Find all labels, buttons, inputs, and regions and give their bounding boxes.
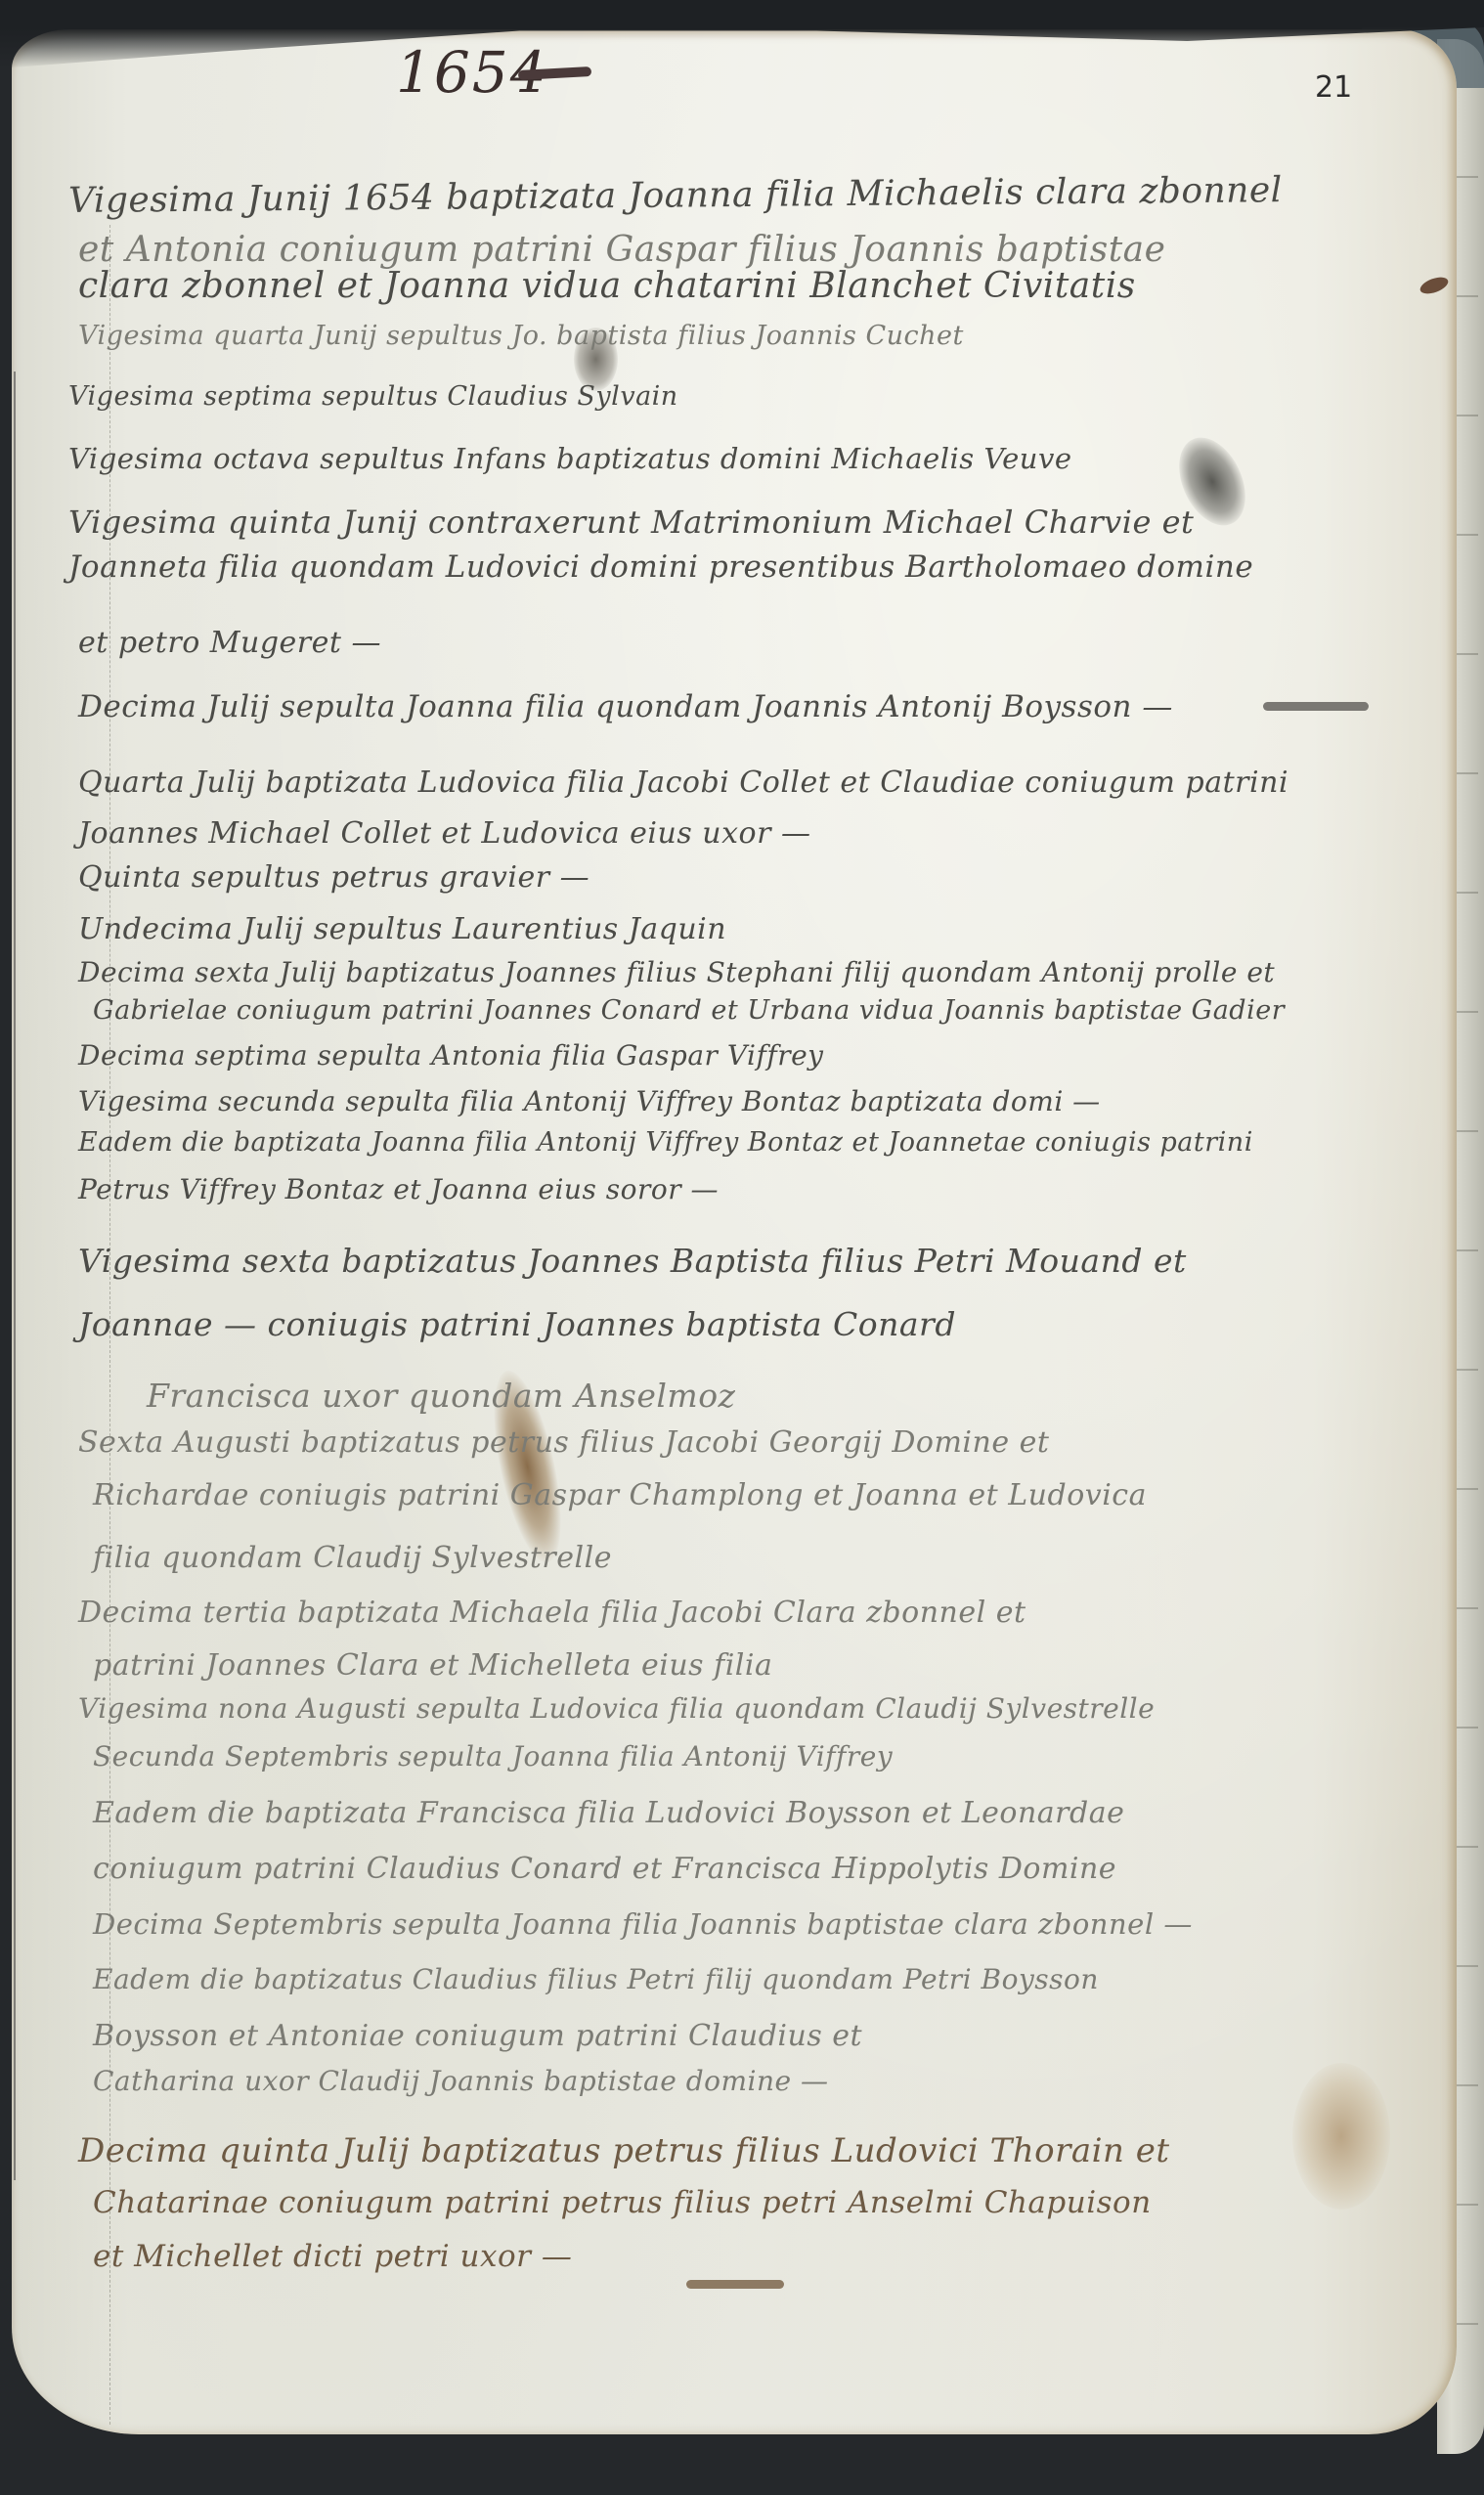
register-line: Gabrielae coniugum patrini Joannes Conar…: [93, 995, 1285, 1026]
register-line: Vigesima quarta Junij sepultus Jo. bapti…: [78, 321, 964, 351]
register-line: Boysson et Antoniae coniugum patrini Cla…: [93, 2019, 862, 2053]
register-line: Quarta Julij baptizata Ludovica filia Ja…: [78, 766, 1288, 800]
register-line: Vigesima sexta baptizatus Joannes Baptis…: [78, 1242, 1187, 1280]
register-line: Vigesima quinta Junij contraxerunt Matri…: [68, 503, 1194, 541]
register-line: Quinta sepultus petrus gravier —: [78, 860, 589, 895]
register-line: coniugum patrini Claudius Conard et Fran…: [93, 1852, 1116, 1886]
register-line: Decima sexta Julij baptizatus Joannes fi…: [78, 956, 1275, 988]
folio-number: 21: [1315, 70, 1352, 105]
register-line: Vigesima secunda sepulta filia Antonij V…: [78, 1085, 1101, 1117]
register-line: Richardae coniugis patrini Gaspar Champl…: [93, 1478, 1147, 1512]
register-line: Vigesima septima sepultus Claudius Sylva…: [68, 381, 678, 412]
page-gutter-line: [14, 372, 16, 2180]
register-line: Vigesima octava sepultus Infans baptizat…: [68, 442, 1072, 475]
register-line: Joanneta filia quondam Ludovici domini p…: [68, 549, 1253, 585]
register-line: Eadem die baptizatus Claudius filius Pet…: [93, 1963, 1099, 1995]
register-line: Decima quinta Julij baptizatus petrus fi…: [78, 2131, 1170, 2170]
ink-dash: [1263, 702, 1369, 711]
register-line: Eadem die baptizata Joanna filia Antonij…: [78, 1127, 1253, 1158]
register-line: Joannes Michael Collet et Ludovica eius …: [78, 816, 810, 851]
register-line: et petro Mugeret —: [78, 626, 381, 660]
register-line: Eadem die baptizata Francisca filia Ludo…: [93, 1796, 1124, 1830]
register-line: Petrus Viffrey Bontaz et Joanna eius sor…: [78, 1173, 719, 1205]
register-line: Joannae — coniugis patrini Joannes bapti…: [78, 1305, 956, 1343]
register-line: clara zbonnel et Joanna vidua chatarini …: [78, 266, 1136, 306]
register-line: Vigesima nona Augusti sepulta Ludovica f…: [78, 1692, 1155, 1725]
register-line: Decima Julij sepulta Joanna filia quonda…: [78, 689, 1173, 724]
register-line: Secunda Septembris sepulta Joanna filia …: [93, 1740, 893, 1773]
register-line: patrini Joannes Clara et Michelleta eius…: [93, 1648, 772, 1683]
register-line: Undecima Julij sepultus Laurentius Jaqui…: [78, 912, 726, 946]
register-line: Decima tertia baptizata Michaela filia J…: [78, 1596, 1026, 1630]
ink-dash: [686, 2280, 784, 2289]
register-line: Sexta Augusti baptizatus petrus filius J…: [78, 1425, 1049, 1460]
register-line: Decima Septembris sepulta Joanna filia J…: [93, 1907, 1193, 1941]
register-line: Chatarinae coniugum patrini petrus filiu…: [93, 2185, 1152, 2220]
register-line: et Michellet dicti petri uxor —: [93, 2239, 572, 2274]
water-stain-right: [1292, 2063, 1390, 2210]
ink-spot: [1419, 274, 1451, 296]
register-line: Decima septima sepulta Antonia filia Gas…: [78, 1039, 824, 1072]
register-line: Francisca uxor quondam Anselmoz: [147, 1377, 735, 1415]
register-line: et Antonia coniugum patrini Gaspar filiu…: [78, 230, 1165, 270]
register-line: filia quondam Claudij Sylvestrelle: [93, 1541, 612, 1575]
register-line: Catharina uxor Claudij Joannis baptistae…: [93, 2065, 829, 2097]
